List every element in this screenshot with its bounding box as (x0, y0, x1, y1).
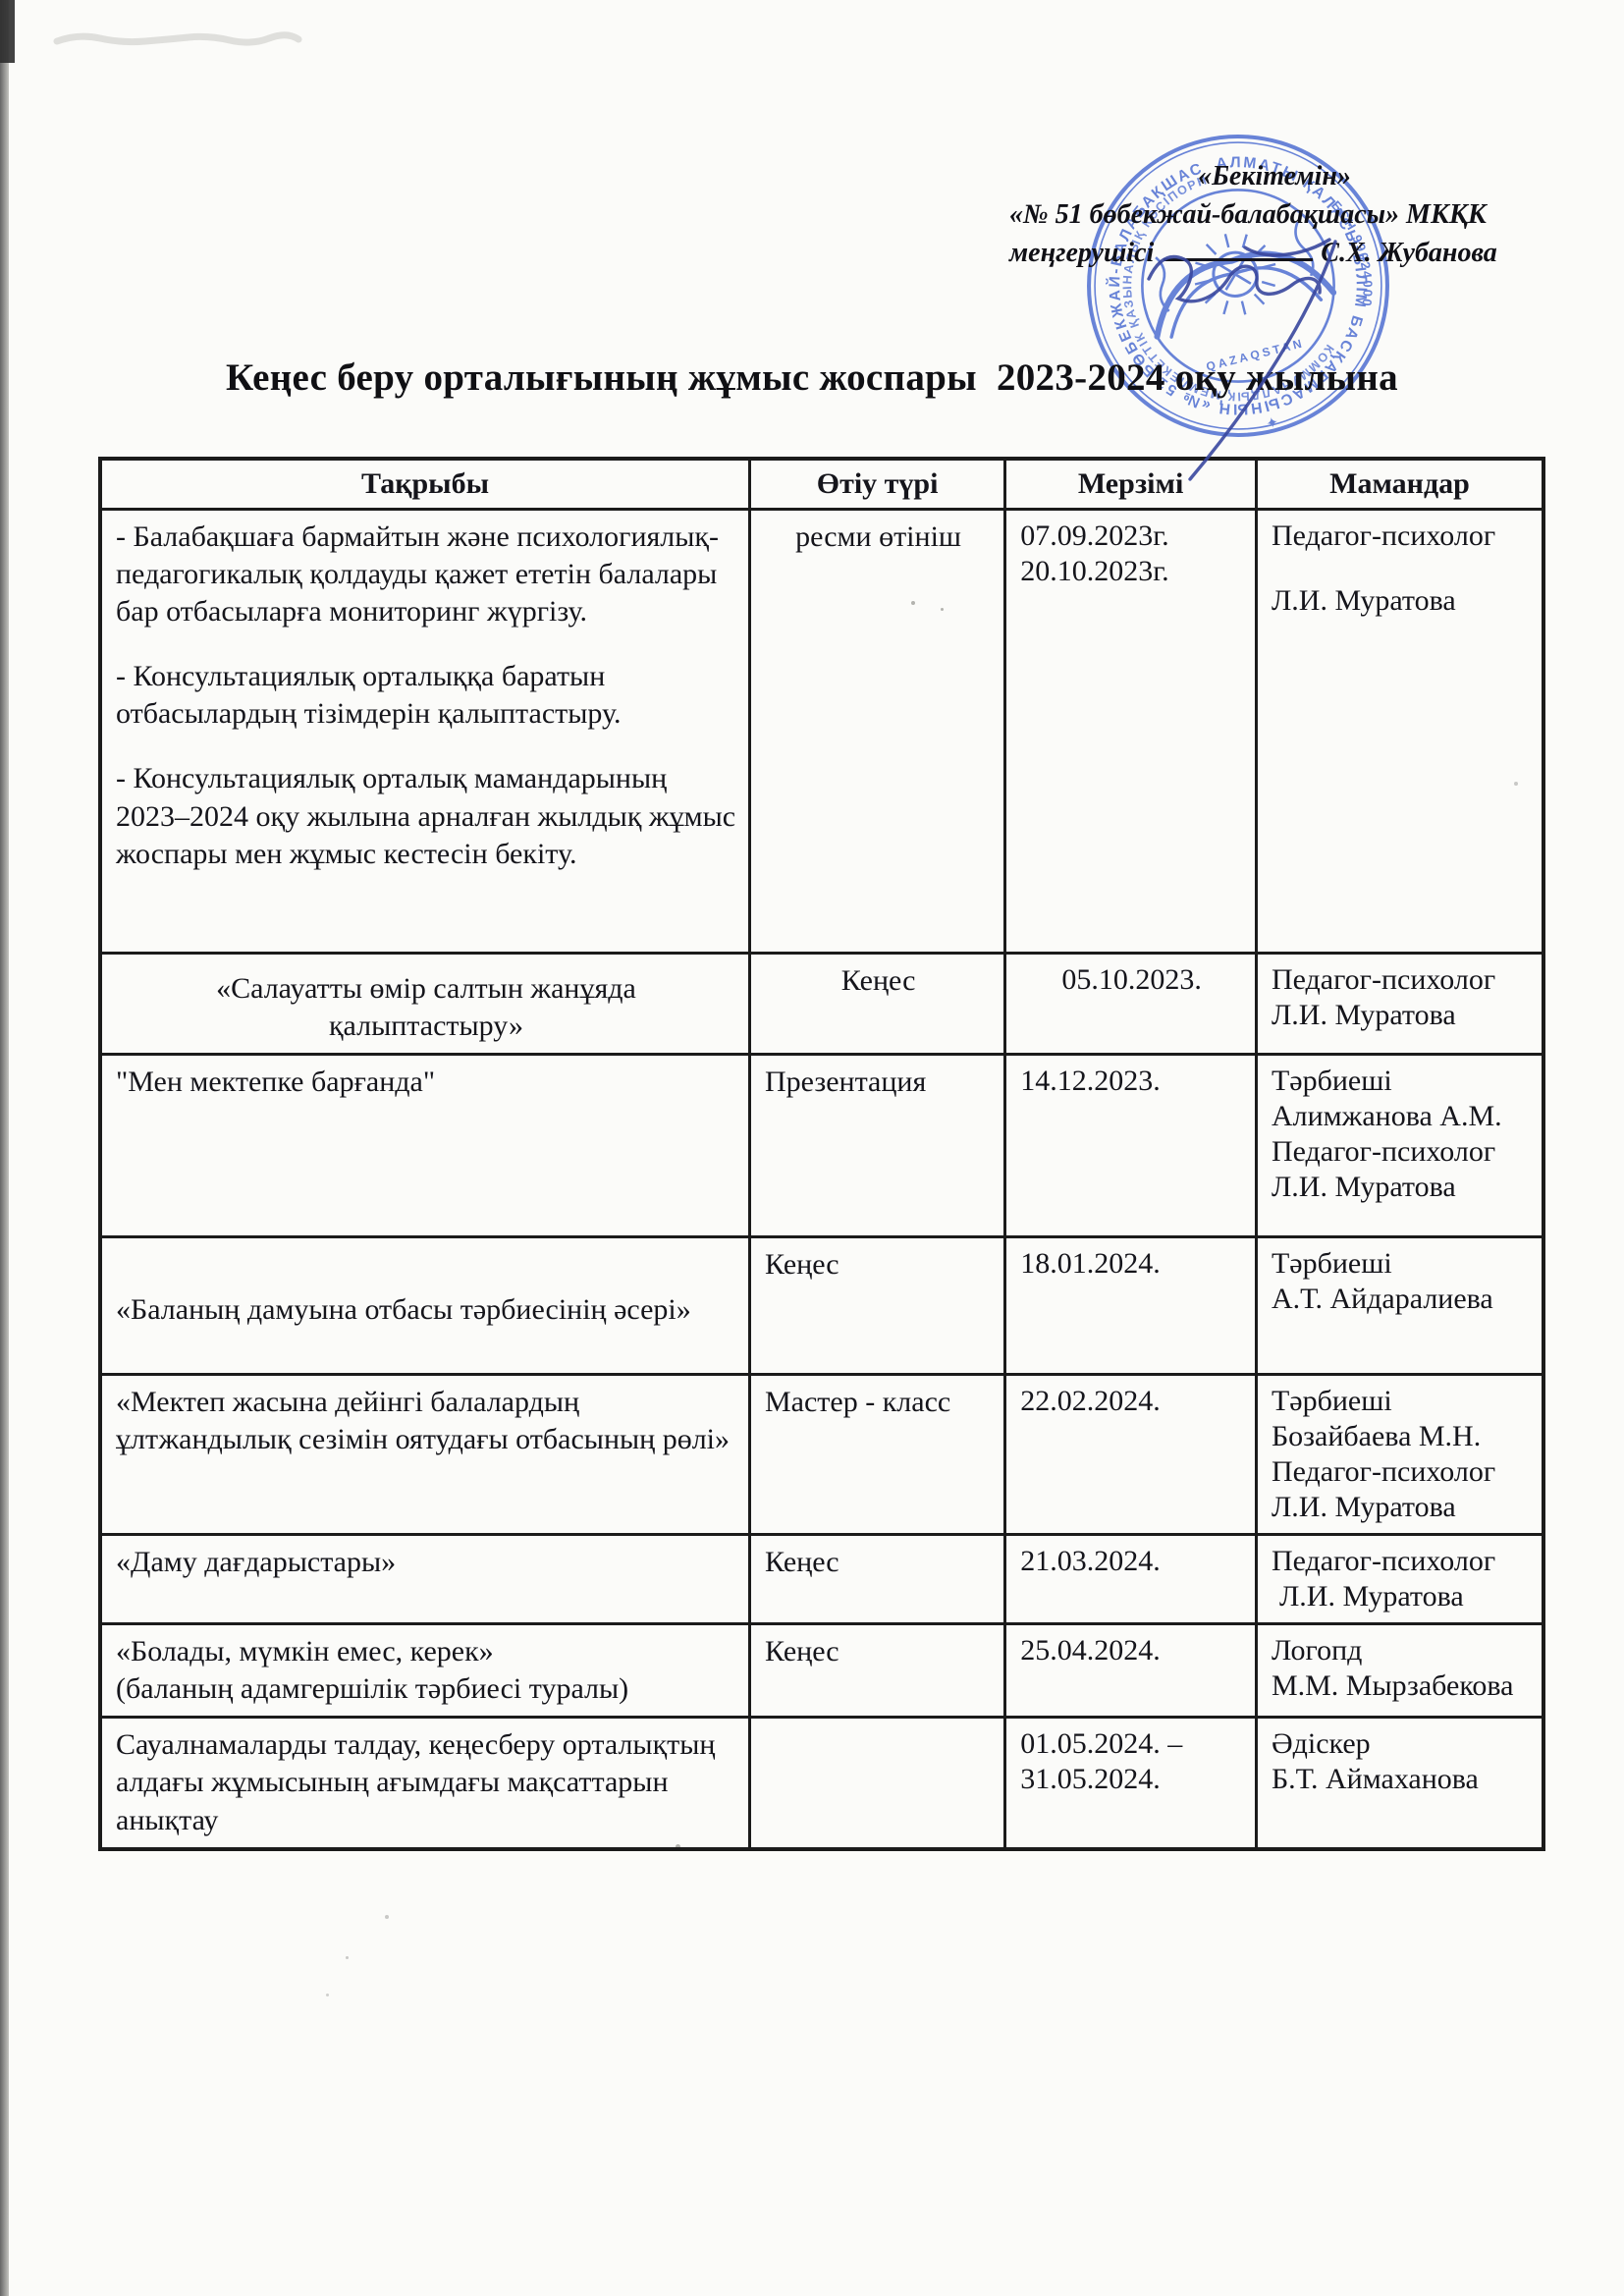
cell-type: Кеңес (750, 1535, 1005, 1624)
cell-type (750, 1718, 1005, 1849)
cell-specialists: ТәрбиешіАлимжанова А.М.Педагог-психологЛ… (1256, 1055, 1543, 1237)
cell-type: ресми өтініш (750, 510, 1005, 954)
scan-speck (385, 1915, 389, 1919)
cell-topic: Сауалнамаларды талдау, кеңесберу орталық… (100, 1718, 750, 1849)
table-row: Сауалнамаларды талдау, кеңесберу орталық… (100, 1718, 1543, 1849)
cell-date: 22.02.2024. (1005, 1375, 1257, 1535)
cell-topic: "Мен мектепке барғанда" (100, 1055, 750, 1237)
column-header: Өтіу түрі (750, 459, 1005, 510)
table-row: - Балабақшаға бармайтын және психологиял… (100, 510, 1543, 954)
cell-specialists: ӘдіскерБ.Т. Аймаханова (1256, 1718, 1543, 1849)
cell-topic: «Даму дағдарыстары» (100, 1535, 750, 1624)
cell-specialists: ТәрбиешіБозайбаева М.Н.Педагог-психологЛ… (1256, 1375, 1543, 1535)
signature (1127, 196, 1451, 511)
cell-topic: «Болады, мүмкін емес, керек»(баланың ада… (100, 1624, 750, 1718)
cell-date: 14.12.2023. (1005, 1055, 1257, 1237)
scan-speck (326, 1994, 329, 1996)
cell-topic: - Балабақшаға бармайтын және психологиял… (100, 510, 750, 954)
cell-specialists: ЛогопдМ.М. Мырзабекова (1256, 1624, 1543, 1718)
cell-specialists: Педагог-психологЛ.И. Муратова (1256, 1535, 1543, 1624)
scan-edge-shadow (0, 0, 9, 2296)
scan-corner-mark (0, 0, 15, 63)
plan-table: ТақрыбыӨтіу түріМерзіміМамандар - Балаба… (98, 457, 1545, 1851)
cell-type: Мастер - класс (750, 1375, 1005, 1535)
cell-topic: «Салауатты өмір салтын жанұяда қалыптаст… (100, 954, 750, 1055)
column-header: Тақрыбы (100, 459, 750, 510)
cell-date: 21.03.2024. (1005, 1535, 1257, 1624)
cell-date: 25.04.2024. (1005, 1624, 1257, 1718)
table-row: «Даму дағдарыстары»Кеңес21.03.2024.Педаг… (100, 1535, 1543, 1624)
cell-date: 05.10.2023. (1005, 954, 1257, 1055)
cell-date: 18.01.2024. (1005, 1237, 1257, 1375)
cell-topic: «Мектеп жасына дейінгі балалардың ұлтжан… (100, 1375, 750, 1535)
table-row: «Болады, мүмкін емес, керек»(баланың ада… (100, 1624, 1543, 1718)
cell-specialists: Педагог-психологЛ.И. Муратова (1256, 510, 1543, 954)
cell-specialists: ТәрбиешіА.Т. Айдаралиева (1256, 1237, 1543, 1375)
scan-speck (346, 1956, 349, 1959)
cell-date: 07.09.2023г.20.10.2023г. (1005, 510, 1257, 954)
cell-date: 01.05.2024. –31.05.2024. (1005, 1718, 1257, 1849)
cell-type: Презентация (750, 1055, 1005, 1237)
cell-topic: «Баланың дамуына отбасы тәрбиесінің әсер… (100, 1237, 750, 1375)
table-row: «Баланың дамуына отбасы тәрбиесінің әсер… (100, 1237, 1543, 1375)
table-row: «Салауатты өмір салтын жанұяда қалыптаст… (100, 954, 1543, 1055)
table-row: "Мен мектепке барғанда"Презентация14.12.… (100, 1055, 1543, 1237)
cell-type: Кеңес (750, 954, 1005, 1055)
pencil-smudge (51, 26, 306, 61)
scanned-document-page: АЛМАТЫ ҚАЛАСЫ БІЛІМ БАСҚАРМАСЫНЫҢ «№ 51 … (0, 0, 1624, 2296)
cell-type: Кеңес (750, 1237, 1005, 1375)
cell-type: Кеңес (750, 1624, 1005, 1718)
cell-specialists: Педагог-психологЛ.И. Муратова (1256, 954, 1543, 1055)
table-row: «Мектеп жасына дейінгі балалардың ұлтжан… (100, 1375, 1543, 1535)
approval-line1: «Бекітемін» (1009, 157, 1540, 195)
